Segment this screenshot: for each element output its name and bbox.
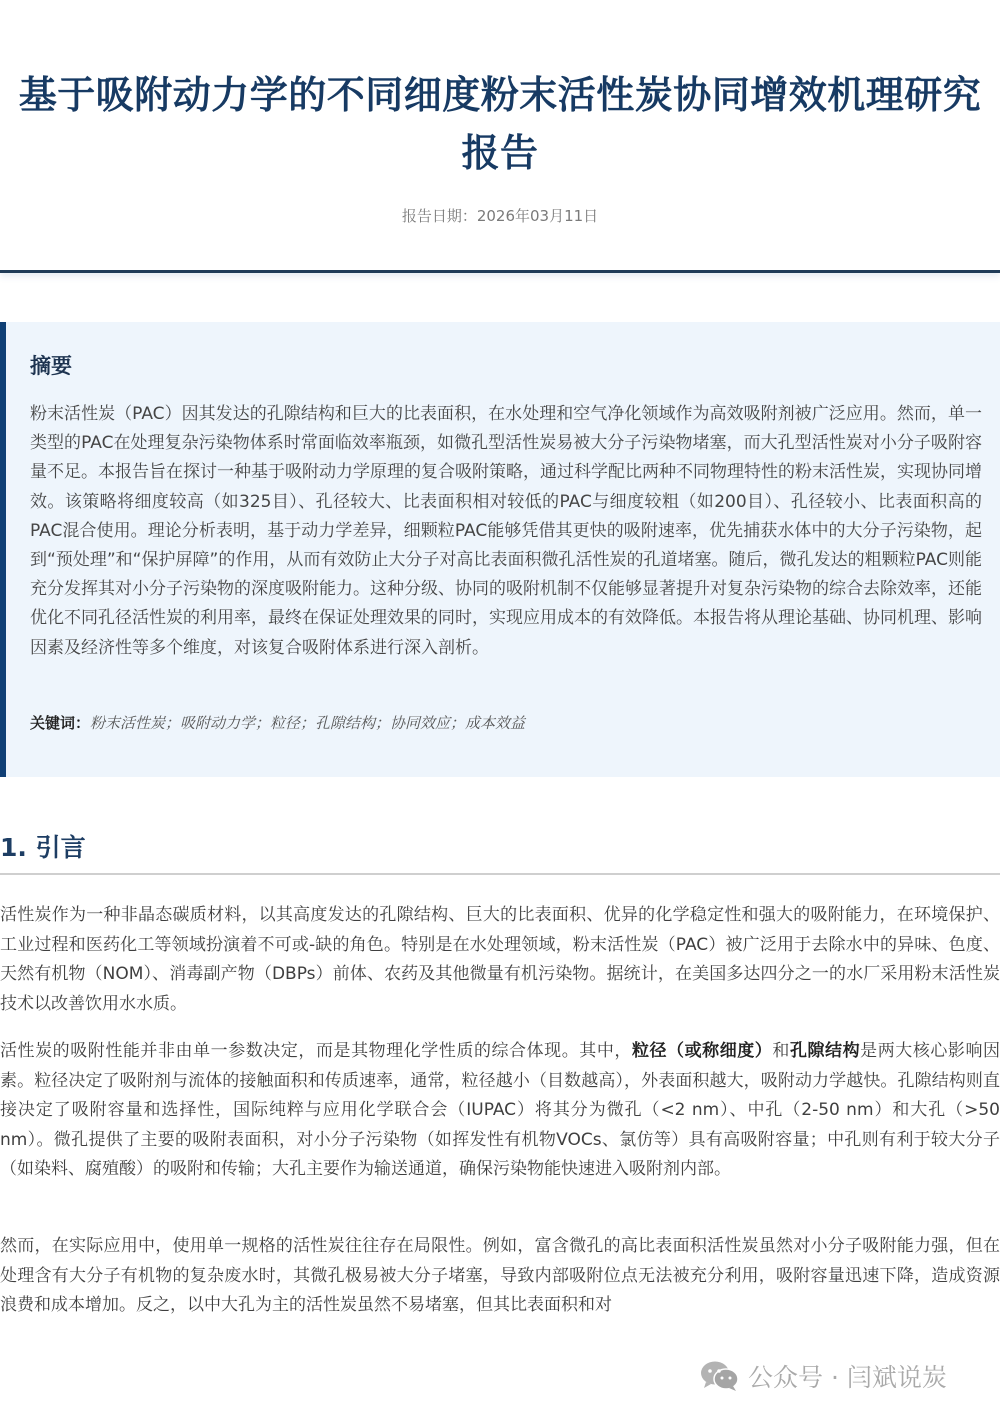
section-divider xyxy=(0,873,1000,875)
p2-bold-particle-size: 粒径（或称细度） xyxy=(632,1041,772,1061)
p2-bold-pore-structure: 孔隙结构 xyxy=(790,1041,860,1061)
p2-text-d: 是两大核心影响因素。粒径决定了吸附剂与流体的接触面积和传质速率，通常，粒径越小（… xyxy=(0,1041,1000,1179)
watermark: 公众号 · 闫斌说炭 xyxy=(700,1358,947,1394)
title-line-1: 基于吸附动力学的不同细度粉末活性炭协同增效机理研究 xyxy=(0,66,1000,124)
keywords-list: 粉末活性炭；吸附动力学；粒径；孔隙结构；协同效应；成本效益 xyxy=(90,714,525,732)
abstract-heading: 摘要 xyxy=(30,350,72,380)
wechat-icon xyxy=(700,1360,740,1392)
abstract-text: 粉末活性炭（PAC）因其发达的孔隙结构和巨大的比表面积，在水处理和空气净化领域作… xyxy=(30,400,982,663)
intro-paragraph-1: 活性炭作为一种非晶态碳质材料，以其高度发达的孔隙结构、巨大的比表面积、优异的化学… xyxy=(0,901,1000,1019)
keywords: 关键词：粉末活性炭；吸附动力学；粒径；孔隙结构；协同效应；成本效益 xyxy=(30,712,525,733)
report-title: 基于吸附动力学的不同细度粉末活性炭协同增效机理研究 报告 xyxy=(0,66,1000,182)
report-date: 报告日期：2026年03月11日 xyxy=(0,205,1000,226)
section-title-introduction: 1. 引言 xyxy=(0,828,86,864)
title-line-2: 报告 xyxy=(0,124,1000,182)
abstract-box: 摘要 粉末活性炭（PAC）因其发达的孔隙结构和巨大的比表面积，在水处理和空气净化… xyxy=(0,322,1000,777)
report-header: 基于吸附动力学的不同细度粉末活性炭协同增效机理研究 报告 报告日期：2026年0… xyxy=(0,0,1000,273)
intro-paragraph-2: 活性炭的吸附性能并非由单一参数决定，而是其物理化学性质的综合体现。其中，粒径（或… xyxy=(0,1037,1000,1185)
p2-text-c: 和 xyxy=(772,1041,790,1061)
watermark-text: 公众号 · 闫斌说炭 xyxy=(748,1358,947,1394)
keywords-label: 关键词： xyxy=(30,714,90,732)
p2-text-a: 活性炭的吸附性能并非由单一参数决定，而是其物理化学性质的综合体现。其中， xyxy=(0,1041,632,1061)
intro-paragraph-3: 然而，在实际应用中，使用单一规格的活性炭往往存在局限性。例如，富含微孔的高比表面… xyxy=(0,1232,1000,1321)
